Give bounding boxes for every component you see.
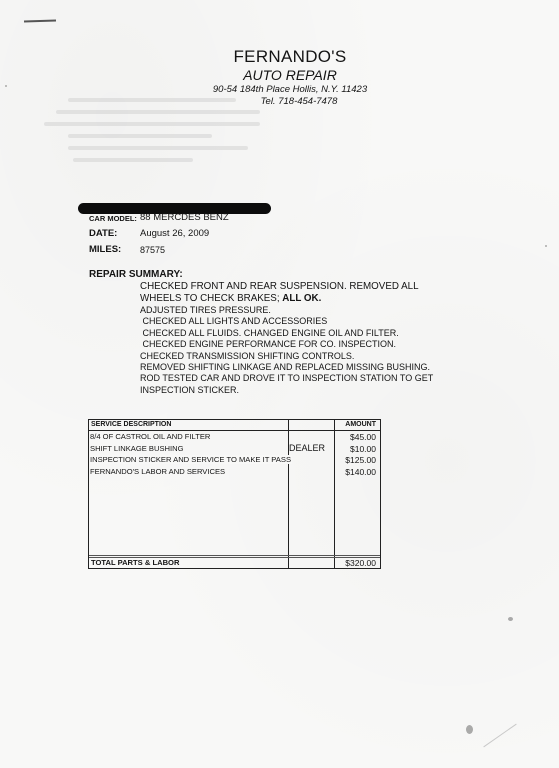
- summary-emphasis: ALL OK.: [282, 293, 321, 304]
- scan-speck: [5, 85, 7, 87]
- date-value: August 26, 2009: [140, 228, 209, 239]
- row-description: INSPECTION STICKER AND SERVICE TO MAKE I…: [90, 455, 292, 464]
- shop-subtitle: AUTO REPAIR: [180, 67, 400, 84]
- date-label: DATE:: [89, 228, 117, 239]
- summary-line: REMOVED SHIFTING LINKAGE AND REPLACED MI…: [140, 362, 433, 373]
- summary-line: CHECKED ENGINE PERFORMANCE FOR CO. INSPE…: [140, 339, 433, 350]
- miles-label: MILES:: [89, 244, 121, 255]
- shop-phone: Tel. 718-454-7478: [180, 96, 400, 108]
- table-row: FERNANDO'S LABOR AND SERVICES $140.00: [89, 467, 380, 478]
- header-description: SERVICE DESCRIPTION: [91, 421, 171, 428]
- miles-value: 87575: [140, 245, 165, 255]
- row-description: SHIFT LINKAGE BUSHING: [90, 444, 184, 453]
- row-note: DEALER: [289, 443, 325, 453]
- summary-line: CHECKED ALL LIGHTS AND ACCESSORIES: [140, 316, 433, 327]
- header-divider: [89, 430, 380, 431]
- pen-mark: [24, 19, 56, 22]
- car-model-label: CAR MODEL:: [89, 214, 137, 223]
- scan-speck: [545, 245, 547, 247]
- scan-scratch: [483, 724, 516, 748]
- summary-line: CHECKED TRANSMISSION SHIFTING CONTROLS.: [140, 351, 433, 362]
- table-row: INSPECTION STICKER AND SERVICE TO MAKE I…: [89, 455, 380, 466]
- repair-summary-body: CHECKED FRONT AND REAR SUSPENSION. REMOV…: [140, 281, 433, 396]
- scanned-invoice-page: FERNANDO'S AUTO REPAIR 90-54 184th Place…: [0, 0, 559, 768]
- miles-field: MILES: 87575: [89, 244, 121, 255]
- summary-line: CHECKED ALL FLUIDS. CHANGED ENGINE OIL A…: [140, 328, 433, 339]
- total-label: TOTAL PARTS & LABOR: [91, 558, 179, 567]
- table-row: 8/4 OF CASTROL OIL AND FILTER $45.00: [89, 432, 380, 443]
- car-model-value: 88 MERCDES BENZ: [140, 212, 229, 223]
- scan-speck: [466, 725, 473, 734]
- car-model-field: CAR MODEL: 88 MERCDES BENZ: [89, 213, 137, 224]
- summary-text: WHEELS TO CHECK BRAKES;: [140, 293, 282, 304]
- shop-name: FERNANDO'S: [180, 47, 400, 67]
- header-amount: AMOUNT: [345, 421, 376, 428]
- summary-line: CHECKED FRONT AND REAR SUSPENSION. REMOV…: [140, 281, 433, 293]
- shop-address: 90-54 184th Place Hollis, N.Y. 11423: [180, 84, 400, 96]
- row-amount: $45.00: [350, 432, 376, 442]
- service-table: SERVICE DESCRIPTION AMOUNT 8/4 OF CASTRO…: [88, 419, 381, 569]
- summary-line: ADJUSTED TIRES PRESSURE.: [140, 305, 433, 316]
- table-row: SHIFT LINKAGE BUSHING DEALER $10.00: [89, 444, 380, 455]
- shop-header: FERNANDO'S AUTO REPAIR 90-54 184th Place…: [180, 47, 400, 108]
- row-description: 8/4 OF CASTROL OIL AND FILTER: [90, 432, 210, 441]
- total-amount: $320.00: [345, 558, 376, 568]
- row-amount: $125.00: [345, 455, 376, 465]
- row-description: FERNANDO'S LABOR AND SERVICES: [90, 467, 225, 476]
- summary-line: INSPECTION STICKER.: [140, 385, 433, 396]
- scan-speck: [508, 617, 513, 621]
- summary-line: ROD TESTED CAR AND DROVE IT TO INSPECTIO…: [140, 373, 433, 384]
- row-amount: $10.00: [350, 444, 376, 454]
- row-amount: $140.00: [345, 467, 376, 477]
- date-field: DATE: August 26, 2009: [89, 228, 117, 239]
- repair-summary-title: REPAIR SUMMARY:: [89, 269, 183, 280]
- summary-line: WHEELS TO CHECK BRAKES; ALL OK.: [140, 293, 433, 305]
